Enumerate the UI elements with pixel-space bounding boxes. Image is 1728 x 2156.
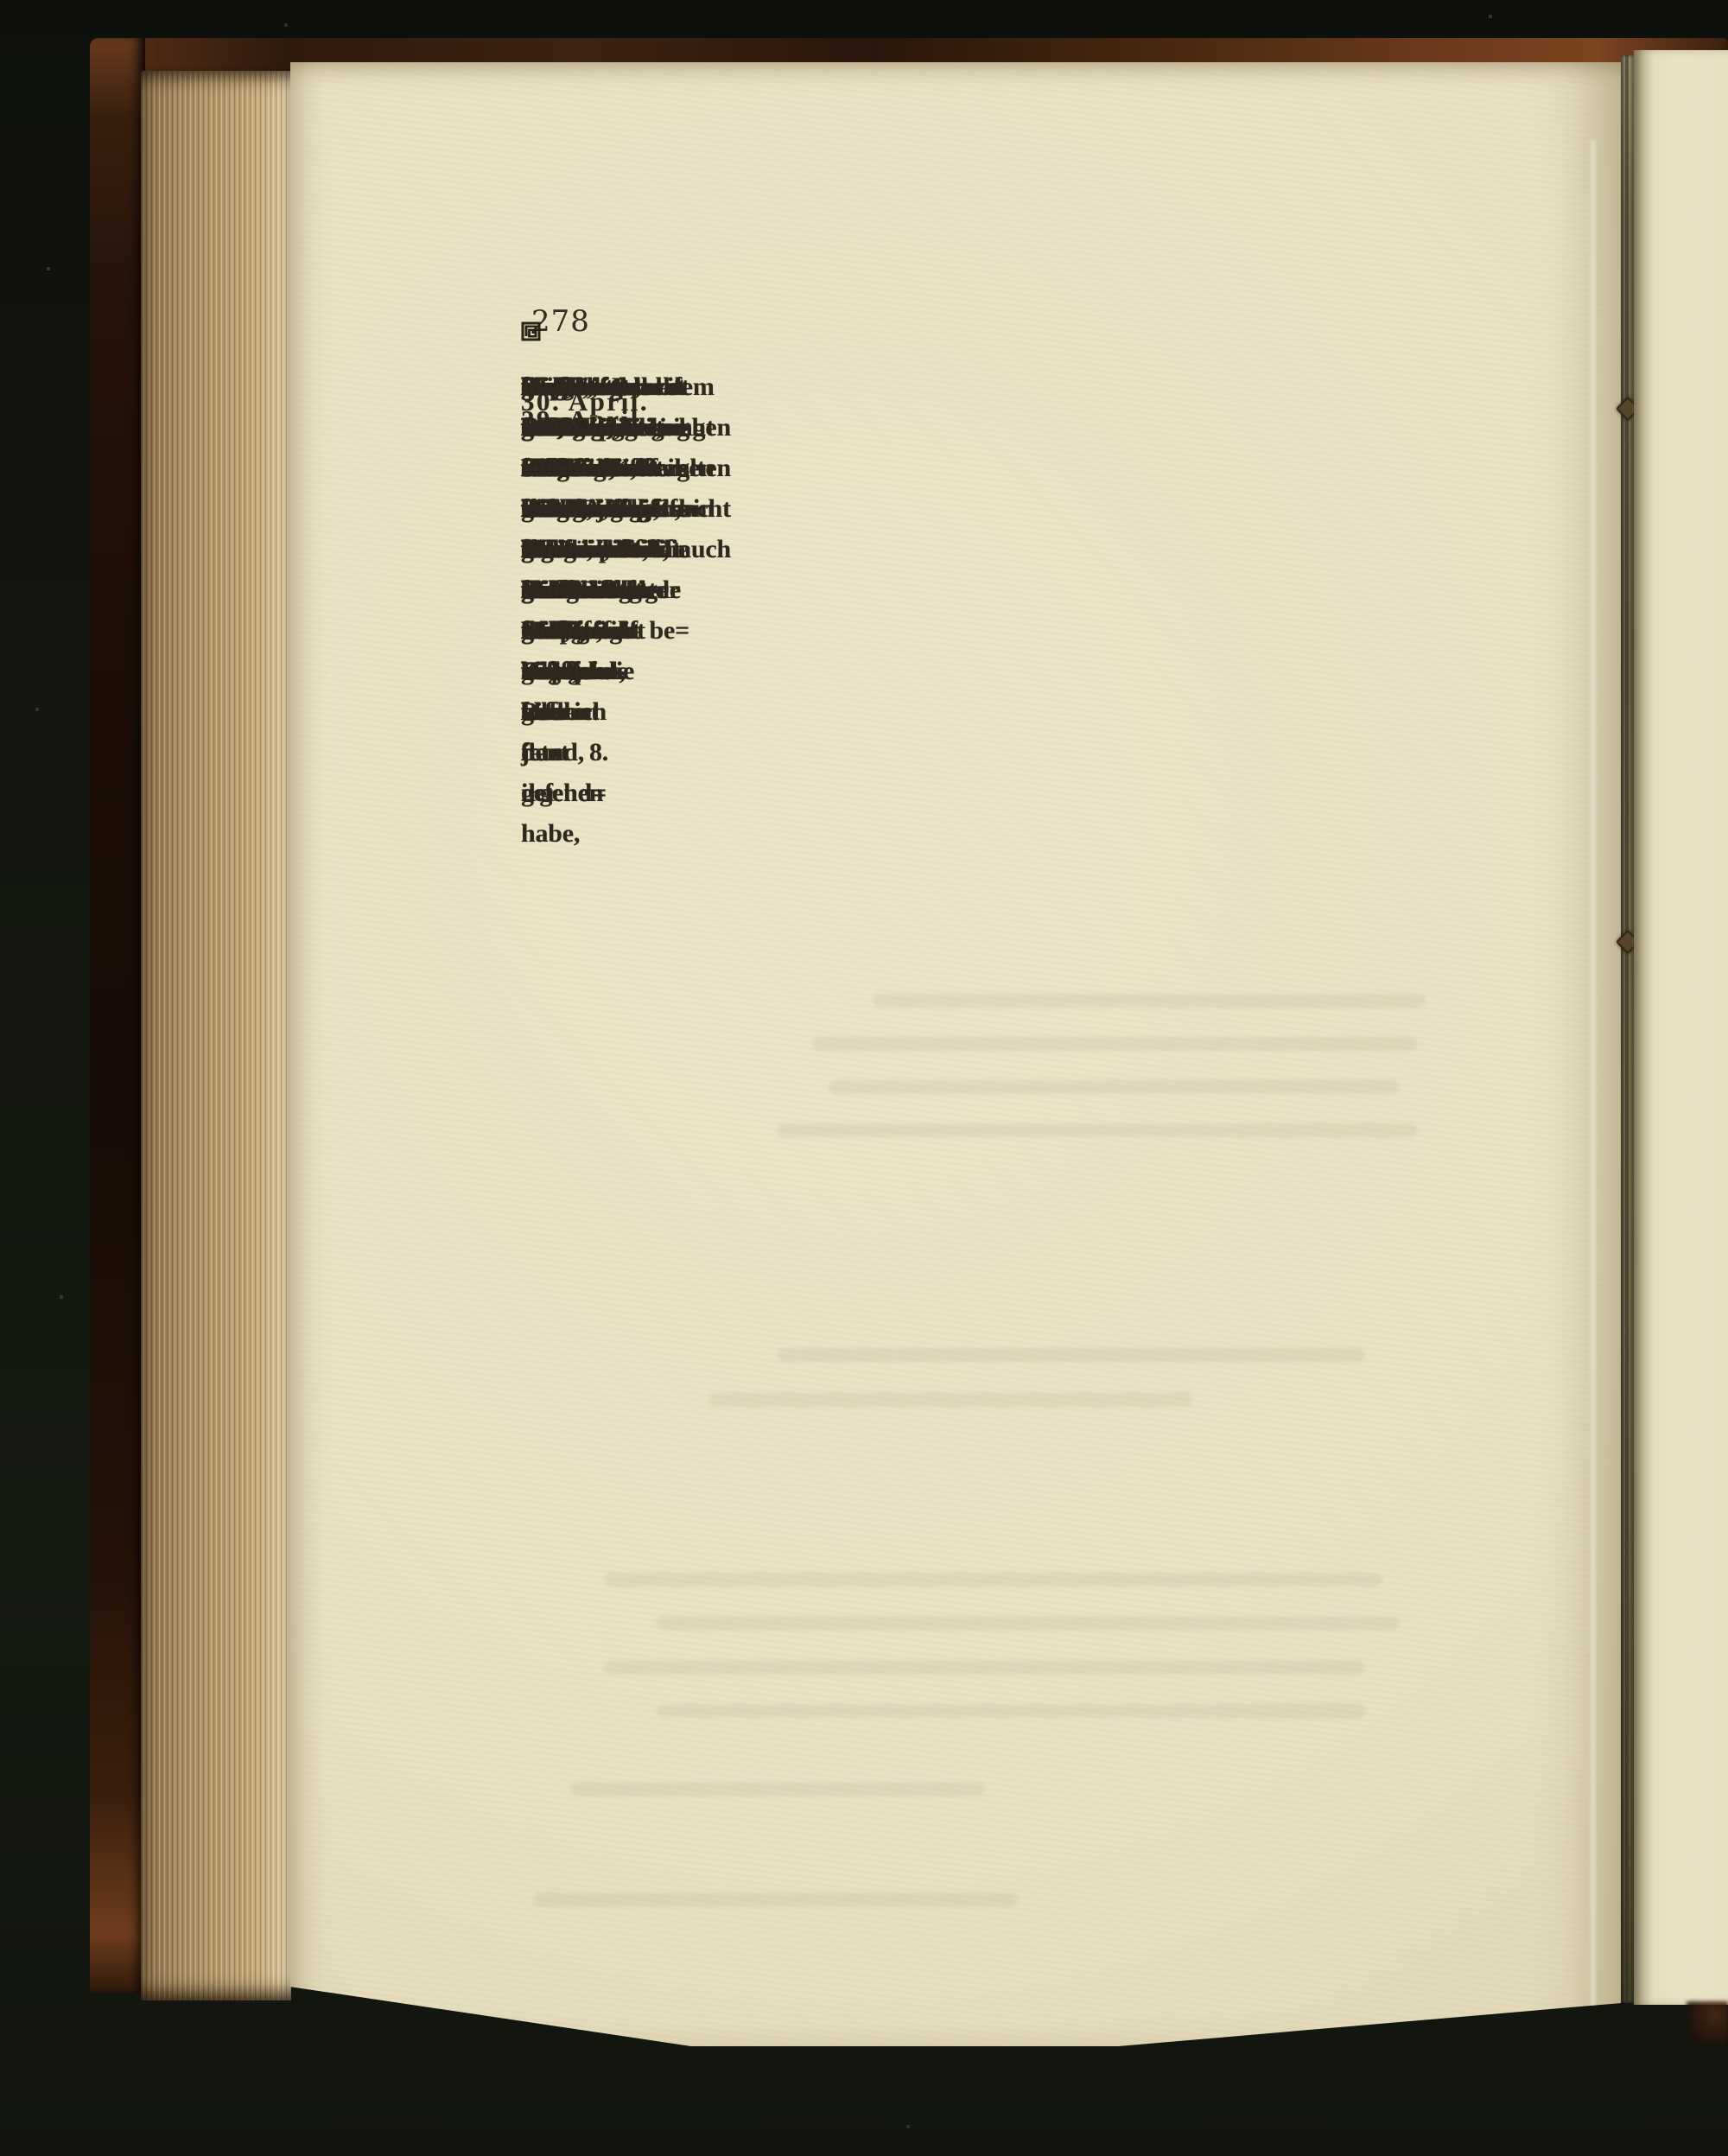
book-cover-edge-left: [90, 38, 145, 1993]
book-photograph: 278 uns kaum zu Ställen oder Scheunen be…: [0, 0, 1728, 2156]
bleed-through-texture: [708, 1393, 1192, 1407]
bleed-through-texture: [778, 1123, 1417, 1137]
book-gutter: [1621, 55, 1634, 2003]
bleed-through-texture: [657, 1616, 1400, 1630]
bleed-through-texture: [605, 1573, 1382, 1587]
page-crease: [1591, 140, 1595, 2024]
text-line: in Entzücken.: [521, 366, 644, 448]
bleed-through-texture: [534, 1892, 1018, 1906]
gutter-shadow-line: [1625, 55, 1629, 2003]
bleed-through-texture: [829, 1080, 1400, 1094]
dust-specks: [0, 0, 2, 2]
page-edges-stack: [141, 71, 291, 2000]
bleed-through-texture: [812, 1037, 1417, 1051]
facing-page-sliver: [1634, 50, 1728, 2005]
bleed-through-texture: [657, 1704, 1365, 1718]
bleed-through-texture: [873, 994, 1426, 1008]
bleed-through-texture: [570, 1782, 985, 1796]
header-ornament-band: 278: [521, 309, 1475, 334]
page-content: 278 uns kaum zu Ställen oder Scheunen be…: [521, 309, 1475, 366]
bleed-through-texture: [605, 1661, 1365, 1675]
cover-corner-blotch: [1687, 2001, 1728, 2046]
bleed-through-texture: [778, 1348, 1365, 1362]
meander-spiral-ornament-icon: [521, 321, 541, 341]
